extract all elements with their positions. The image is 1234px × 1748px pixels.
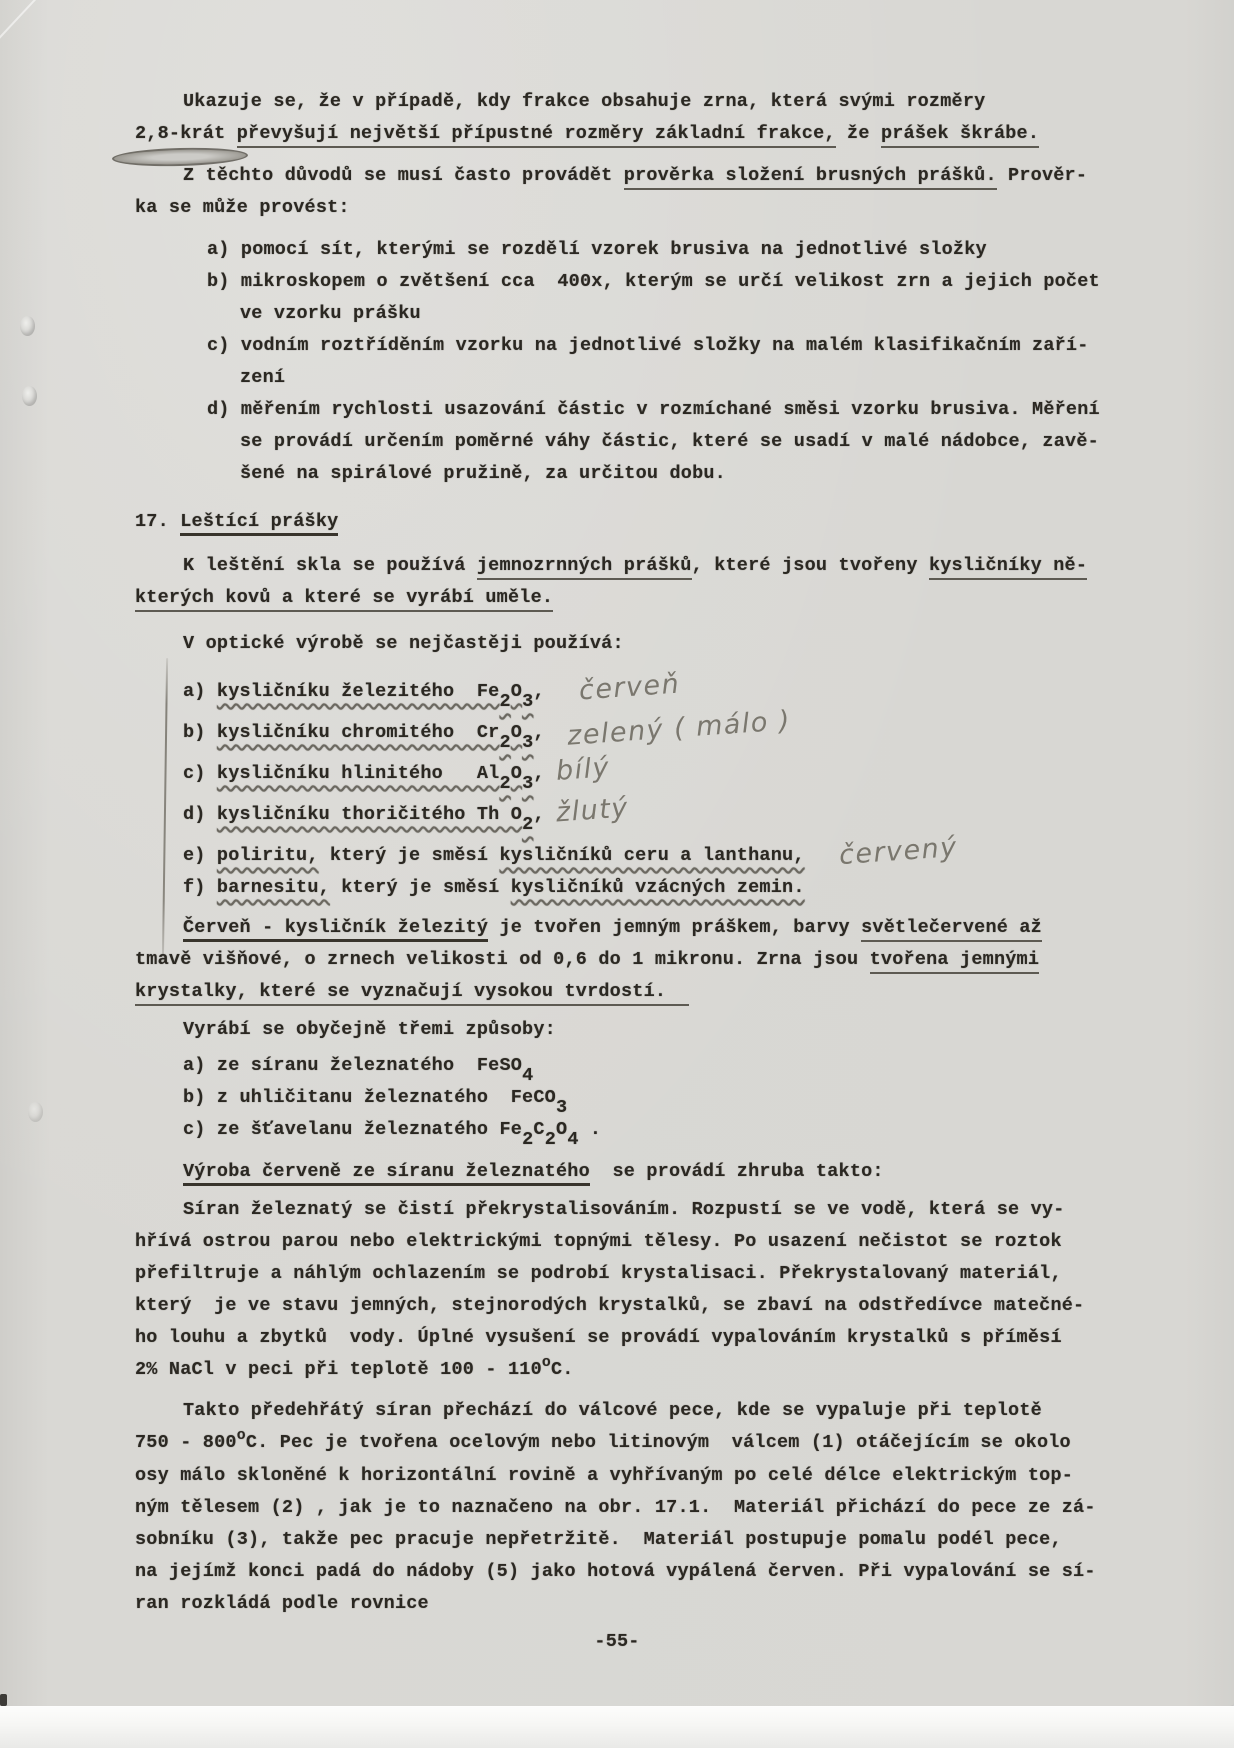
text-segment: , které jsou tvořeny: [692, 555, 929, 576]
text-segment: [545, 804, 556, 825]
text-segment: 3: [522, 686, 533, 718]
text-line: Vyrábí se obyčejně třemi způsoby:: [183, 1014, 1234, 1046]
text-segment: 2,8-krát: [135, 123, 237, 144]
text-segment: 17.: [135, 511, 180, 532]
text-segment: O: [511, 763, 522, 784]
text-segment: Červeň - kysličník železitý: [183, 917, 488, 942]
text-segment: se provádí určením poměrné váhy částic, …: [240, 431, 1099, 452]
text-segment: 2: [499, 768, 510, 800]
text-segment: zení: [240, 367, 285, 388]
handwritten-annotation: červeň: [578, 669, 681, 708]
text-line: šené na spirálové pružině, za určitou do…: [240, 458, 1234, 490]
text-line: tmavě višňové, o zrnech velikosti od 0,6…: [135, 944, 1234, 976]
text-segment: který je ve stavu jemných, stejnorodých …: [135, 1295, 1084, 1316]
text-line: ve vzorku prášku: [240, 298, 1234, 330]
scanned-document: { "page": { "number": "-55-", "paper_col…: [0, 0, 1234, 1748]
paper-fold-mark: [0, 0, 42, 45]
scanner-background: [0, 1706, 1234, 1748]
text-segment: kysličníky ně-: [929, 555, 1087, 580]
text-segment: ho louhu a zbytků vody. Úplné vysušení s…: [135, 1327, 1062, 1348]
text-segment: C.: [551, 1359, 574, 1380]
text-segment: 750 - 800: [135, 1432, 237, 1453]
text-segment: c): [183, 763, 217, 784]
text-segment: 3: [522, 727, 533, 759]
text-segment: Leštící prášky: [180, 511, 338, 536]
text-segment: Z těchto důvodů se musí často provádět: [183, 165, 624, 186]
text-segment: Takto předehřátý síran přechází do válco…: [183, 1400, 1042, 1421]
text-segment: přefiltruje a náhlým ochlazením se podro…: [135, 1263, 1062, 1284]
text-line: a) ze síranu železnatého FeSO4: [183, 1050, 1234, 1082]
text-line: Výroba červeně ze síranu železnatého se …: [183, 1156, 1234, 1188]
handwritten-annotation: žlutý: [555, 792, 630, 829]
text-line: b) mikroskopem o zvětšení cca 400x, kter…: [207, 266, 1234, 298]
text-segment: K leštění skla se používá: [183, 555, 477, 576]
text-line: Takto předehřátý síran přechází do válco…: [183, 1395, 1234, 1427]
text-segment: C. Pec je tvořena ocelovým nebo litinový…: [246, 1432, 1071, 1453]
text-line: sobníku (3), takže pec pracuje nepřetrži…: [135, 1524, 1234, 1556]
text-segment: Vyrábí se obyčejně třemi způsoby:: [183, 1019, 556, 1040]
text-line: osy málo skloněné k horizontální rovině …: [135, 1460, 1234, 1492]
page-number: -55-: [0, 1626, 1234, 1658]
text-segment: krystalky, které se vyznačují vysokou tv…: [135, 981, 689, 1006]
text-segment: kysličníku chromitého Cr: [217, 722, 500, 743]
text-line: se provádí určením poměrné váhy částic, …: [240, 426, 1234, 458]
text-segment: 2: [522, 1124, 533, 1156]
text-line: na jejímž konci padá do nádoby (5) jako …: [135, 1556, 1234, 1588]
text-segment: Výroba červeně ze síranu železnatého: [183, 1161, 590, 1186]
text-line: Síran železnatý se čistí překrystalisová…: [183, 1194, 1234, 1226]
text-line: a) kysličníku železitého Fe2O3, červeň: [183, 672, 1234, 708]
text-segment: V optické výrobě se nejčastěji používá:: [183, 633, 624, 654]
text-segment: c) ze šťavelanu železnatého Fe: [183, 1119, 522, 1140]
text-segment: ran rozkládá podle rovnice: [135, 1593, 429, 1614]
text-segment: světlečervené až: [861, 917, 1042, 942]
text-segment: ,: [533, 722, 544, 743]
text-line: ho louhu a zbytků vody. Úplné vysušení s…: [135, 1322, 1234, 1354]
text-segment: kterých kovů a které se vyrábí uměle.: [135, 587, 553, 612]
text-segment: hřívá ostrou parou nebo elektrickými top…: [135, 1231, 1062, 1252]
text-line: 2% NaCl v peci při teplotě 100 - 110oC.: [135, 1354, 1234, 1387]
text-segment: ve vzorku prášku: [240, 303, 421, 324]
text-segment: .: [579, 1119, 602, 1140]
text-segment: 2% NaCl v peci při teplotě 100 - 110: [135, 1359, 542, 1380]
text-segment: a): [183, 681, 217, 702]
text-line: hřívá ostrou parou nebo elektrickými top…: [135, 1226, 1234, 1258]
typewritten-text: Ukazuje se, že v případě, kdy frakce obs…: [0, 86, 1234, 1658]
scan-speck: [0, 1694, 7, 1706]
text-segment: osy málo skloněné k horizontální rovině …: [135, 1465, 1073, 1486]
text-segment: 2: [499, 686, 510, 718]
text-segment: a) pomocí sít, kterými se rozdělí vzorek…: [207, 239, 987, 260]
text-segment: O: [511, 681, 522, 702]
text-line: 750 - 800oC. Pec je tvořena ocelovým neb…: [135, 1427, 1234, 1460]
text-segment: ným tělesem (2) , jak je to naznačeno na…: [135, 1497, 1096, 1518]
text-line: c) vodním roztříděním vzorku na jednotli…: [207, 330, 1234, 362]
text-segment: 3: [556, 1092, 567, 1124]
text-segment: na jejímž konci padá do nádoby (5) jako …: [135, 1561, 1096, 1582]
text-segment: sobníku (3), takže pec pracuje nepřetrži…: [135, 1529, 1062, 1550]
text-line: 2,8-krát převyšují největší přípustné ro…: [135, 118, 1234, 150]
text-line: d) měřením rychlosti usazování částic v …: [207, 394, 1234, 426]
text-line: Červeň - kysličník železitý je tvořen je…: [183, 912, 1234, 944]
handwritten-annotation: zelený ( málo ): [566, 705, 792, 753]
text-segment: 3: [522, 768, 533, 800]
text-line: c) ze šťavelanu železnatého Fe2C2O4 .: [183, 1114, 1234, 1146]
text-segment: o: [542, 1347, 551, 1379]
text-segment: kysličníku železitého Fe: [217, 681, 500, 702]
text-segment: [545, 722, 568, 743]
text-segment: ,: [533, 763, 544, 784]
text-segment: Síran železnatý se čistí překrystalisová…: [183, 1199, 1065, 1220]
text-line: ka se může provést:: [135, 192, 1234, 224]
text-segment: b): [183, 722, 217, 743]
text-line: Z těchto důvodů se musí často provádět p…: [183, 160, 1234, 192]
text-line: 17. Leštící prášky: [135, 506, 1234, 538]
text-segment: O: [511, 722, 522, 743]
text-line: d) kysličníku thoričitého Th O2, žlutý: [183, 795, 1234, 831]
text-segment: [805, 845, 839, 866]
paper-sheet: Ukazuje se, že v případě, kdy frakce obs…: [0, 0, 1234, 1706]
text-segment: Ukazuje se, že v případě, kdy frakce obs…: [183, 91, 985, 112]
text-line: ran rozkládá podle rovnice: [135, 1588, 1234, 1620]
text-line: b) kysličníku chromitého Cr2O3, zelený (…: [183, 713, 1234, 749]
text-line: kterých kovů a které se vyrábí uměle.: [135, 582, 1234, 614]
text-segment: poliritu,: [217, 845, 319, 866]
text-segment: 4: [522, 1060, 533, 1092]
text-line: c) kysličníku hlinitého Al2O3, bílý: [183, 754, 1234, 790]
text-line: přefiltruje a náhlým ochlazením se podro…: [135, 1258, 1234, 1290]
text-segment: f): [183, 877, 217, 898]
text-segment: 2: [522, 809, 533, 841]
text-line: zení: [240, 362, 1234, 394]
text-segment: Prověr-: [997, 165, 1087, 186]
text-line: který je ve stavu jemných, stejnorodých …: [135, 1290, 1234, 1322]
text-line: a) pomocí sít, kterými se rozdělí vzorek…: [207, 234, 1234, 266]
handwritten-annotation: bílý: [555, 752, 611, 788]
text-line: K leštění skla se používá jemnozrnných p…: [183, 550, 1234, 582]
text-segment: kysličníku thoričitého Th O: [217, 804, 522, 825]
text-segment: kysličníků ceru a lanthanu,: [499, 845, 804, 866]
text-segment: ka se může provést:: [135, 197, 350, 218]
text-segment: ,: [533, 804, 544, 825]
text-line: V optické výrobě se nejčastěji používá:: [183, 628, 1234, 660]
text-segment: jemnozrnných prášků: [477, 555, 692, 580]
text-segment: že: [836, 123, 881, 144]
text-segment: ,: [533, 681, 544, 702]
text-segment: b) mikroskopem o zvětšení cca 400x, kter…: [207, 271, 1100, 292]
text-segment: b) z uhličitanu železnatého FeCO: [183, 1087, 556, 1108]
text-line: f) barnesitu, který je směsí kysličníků …: [183, 872, 1234, 904]
text-segment: který je směsí: [319, 845, 500, 866]
text-segment: 4: [567, 1124, 578, 1156]
text-segment: šené na spirálové pružině, za určitou do…: [240, 463, 726, 484]
text-segment: d) měřením rychlosti usazování částic v …: [207, 399, 1100, 420]
text-line: ným tělesem (2) , jak je to naznačeno na…: [135, 1492, 1234, 1524]
text-segment: kysličníků vzácných zemin.: [511, 877, 805, 898]
text-line: krystalky, které se vyznačují vysokou tv…: [135, 976, 1234, 1008]
text-segment: který je směsí: [330, 877, 511, 898]
text-segment: a) ze síranu železnatého FeSO: [183, 1055, 522, 1076]
text-segment: -55-: [594, 1631, 639, 1652]
text-segment: [545, 681, 579, 702]
text-segment: se provádí zhruba takto:: [590, 1161, 884, 1182]
text-line: b) z uhličitanu železnatého FeCO3: [183, 1082, 1234, 1114]
text-segment: tmavě višňové, o zrnech velikosti od 0,6…: [135, 949, 870, 970]
text-segment: o: [237, 1420, 246, 1452]
text-segment: je tvořen jemným práškem, barvy: [488, 917, 861, 938]
text-segment: C: [533, 1119, 544, 1140]
text-segment: 2: [499, 727, 510, 759]
text-line: Ukazuje se, že v případě, kdy frakce obs…: [183, 86, 1234, 118]
text-segment: kysličníku hlinitého Al: [217, 763, 500, 784]
text-segment: barnesitu,: [217, 877, 330, 898]
text-segment: prověrka složení brusných prášků.: [624, 165, 997, 190]
text-segment: převyšují největší přípustné rozměry zák…: [237, 123, 836, 148]
text-segment: c) vodním roztříděním vzorku na jednotli…: [207, 335, 1089, 356]
text-segment: prášek škrábe.: [881, 123, 1039, 148]
text-segment: e): [183, 845, 217, 866]
handwritten-annotation: červený: [838, 832, 959, 872]
text-segment: d): [183, 804, 217, 825]
text-segment: tvořena jemnými: [870, 949, 1040, 974]
text-segment: [545, 763, 556, 784]
text-segment: 2: [545, 1124, 556, 1156]
text-line: e) poliritu, který je směsí kysličníků c…: [183, 836, 1234, 872]
